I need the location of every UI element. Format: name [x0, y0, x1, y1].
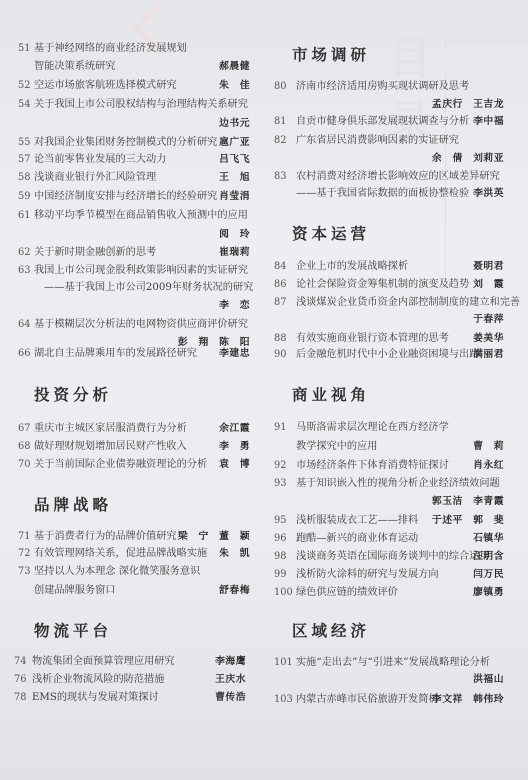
article-author: 朱 凯 — [219, 547, 250, 561]
article-author: 肖永红 — [473, 459, 504, 473]
article-title: 物流集团全面预算管理应用研究 — [32, 655, 175, 669]
article-title: 关于当前国际企业债券融资理论的分析 — [34, 458, 207, 472]
article-author: 李洪英 — [473, 187, 504, 201]
article-author: 崔瑞莉 — [219, 246, 250, 260]
toc-entry[interactable]: 61 移动平均季节模型在商品销售收入预测中的应用 阅 玲 — [18, 209, 250, 241]
toc-entry[interactable]: 54 关于我国上市公司股权结构与治理结构关系研究 边书元 — [18, 98, 250, 130]
article-author: 李建忠 — [219, 347, 250, 361]
article-author: 姜美华 — [473, 332, 504, 346]
article-author: 汪玥含 — [473, 550, 504, 564]
article-title: 湖北自主品牌乘用车的发展路径研究 — [34, 347, 197, 361]
article-author: 李 恋 — [219, 299, 250, 313]
article-author: 郝晨健 — [219, 60, 250, 74]
article-title: 基于模糊层次分析法的电网物资供应商评价研究 — [34, 318, 248, 332]
toc-page: 目 录 51 基于神经网络的商业经济发展规划 智能决策系统研究 郝晨健 52 空… — [0, 0, 528, 780]
article-title: 关于我国上市公司股权结构与治理结构关系研究 — [34, 98, 248, 112]
article-title: 移动平均季节模型在商品销售收入预测中的应用 — [34, 209, 248, 223]
article-author: 王 旭 — [219, 171, 250, 185]
article-title: 浅谈煤炭企业货币资金内部控制制度的建立和完善 — [296, 296, 520, 310]
article-title: 跑酷—新兴的商业体育运动 — [296, 532, 418, 546]
article-author: 闫万民 — [473, 568, 504, 582]
toc-entry[interactable]: 91 马斯洛需求层次理论在西方经济学 教学探究中的应用 曹 莉 — [274, 421, 504, 455]
article-title: 做好理财规划增加居民财产性收入 — [34, 440, 187, 454]
article-author: 王庆水 — [215, 673, 246, 687]
article-author: 阅 玲 — [219, 228, 250, 242]
article-author: 袁 博 — [219, 458, 250, 472]
article-author: 余 倩 刘莉亚 — [432, 152, 504, 166]
article-title: 空运市场旅客航班选择模式研究 — [34, 79, 177, 93]
section-heading-logistics: 物流平台 — [34, 619, 112, 641]
article-title: 浅析服装成衣工艺——排料 — [296, 514, 418, 528]
article-title: 基于消费者行为的品牌价值研究 — [34, 530, 177, 544]
section-heading-market-research: 市场调研 — [292, 43, 370, 65]
article-author: 洪福山 — [473, 673, 504, 687]
article-subtitle: ——基于我国上市公司2009年财务状况的研究 — [44, 281, 253, 295]
article-author: 于述平 郭 斐 — [432, 514, 504, 528]
article-author: 余江霞 — [219, 422, 250, 436]
article-title-line2: 智能决策系统研究 — [34, 60, 116, 74]
article-author: 李海鹰 — [215, 655, 246, 669]
toc-entry[interactable]: 63 我国上市公司现金股利政策影响因素的实证研究 ——基于我国上市公司2009年… — [18, 264, 250, 314]
article-title: 浅析企业物流风险的防范措施 — [32, 673, 164, 687]
section-heading-capital-operations: 资本运营 — [292, 222, 370, 244]
section-heading-regional-economy: 区域经济 — [292, 619, 370, 641]
article-title: 有效管理网络关系，促进品牌战略实施 — [34, 547, 207, 561]
article-author: 扈广亚 — [219, 136, 250, 150]
article-title: 基于神经网络的商业经济发展规划 — [34, 42, 187, 56]
toc-entry[interactable]: 73 坚持以人为本理念 深化微笑服务意识 创建品牌服务窗口 舒春梅 — [18, 565, 250, 599]
toc-entry[interactable]: 82 广东省居民消费影响因素的实证研究 余 倩 刘莉亚 — [274, 134, 504, 166]
article-author: 郭玉洁 李青霞 — [432, 495, 504, 509]
article-title: 广东省居民消费影响因素的实证研究 — [296, 134, 459, 148]
toc-entry[interactable]: 87 浅谈煤炭企业货币资金内部控制制度的建立和完善 于春萍 — [274, 296, 504, 328]
toc-entry[interactable]: 93 基于知识嵌入性的视角分析企业经济绩效问题 郭玉洁 李青霞 — [274, 477, 504, 509]
article-title: 马斯洛需求层次理论在西方经济学 — [296, 421, 449, 435]
article-author: 于春萍 — [473, 313, 504, 327]
article-author: 廖镇勇 — [473, 586, 504, 600]
section-heading-investment: 投资分析 — [34, 383, 112, 405]
article-author: 刘 霞 — [473, 278, 504, 292]
article-title: 农村消费对经济增长影响效应的区域差异研究 — [296, 170, 500, 184]
article-title: 我国上市公司现金股利政策影响因素的实证研究 — [34, 264, 248, 278]
article-author: 舒春梅 — [219, 584, 250, 598]
article-title: 内蒙古赤峰市民俗旅游开发简析 — [296, 693, 439, 707]
article-title: 论当前零售业发展的三大动力 — [34, 153, 166, 167]
article-author: 李中福 — [473, 115, 504, 129]
article-author: 曹传浩 — [215, 691, 246, 705]
toc-entry[interactable]: 64 基于模糊层次分析法的电网物资供应商评价研究 彭 翔 陈 阳 — [18, 318, 250, 350]
article-author: 边书元 — [219, 117, 250, 131]
section-heading-brand-strategy: 品牌战略 — [34, 493, 112, 515]
article-title: EMS的现状与发展对策探讨 — [32, 691, 159, 705]
article-author: 李文祥 韩伟玲 — [432, 693, 504, 707]
article-title: 企业上市的发展战略探析 — [296, 260, 408, 274]
toc-entry[interactable]: 51 基于神经网络的商业经济发展规划 智能决策系统研究 郝晨健 — [18, 42, 250, 70]
article-title: 济南市经济适用房购买现状调研及思考 — [296, 80, 469, 94]
section-heading-business-perspective: 商业视角 — [292, 383, 370, 405]
article-author: 聂明君 — [473, 260, 504, 274]
article-author: 李 勇 — [219, 440, 250, 454]
article-author: 吕飞飞 — [219, 153, 250, 167]
article-title: 论社会保险资金筹集机制的演变及趋势 — [296, 278, 469, 292]
article-title: 基于知识嵌入性的视角分析企业经济绩效问题 — [296, 477, 500, 491]
article-author: 石镇华 — [473, 532, 504, 546]
article-title: 绿色供应链的绩效评价 — [296, 586, 398, 600]
article-title-line2: 教学探究中的应用 — [296, 440, 378, 454]
toc-entry[interactable]: 52 空运市场旅客航班选择模式研究 朱 佳 — [18, 79, 250, 93]
article-title: 有效实施商业银行资本管理的思考 — [296, 332, 449, 346]
toc-entry[interactable]: 80 济南市经济适用房购买现状调研及思考 孟庆行 王吉龙 — [274, 80, 504, 112]
article-author: 满丽君 — [473, 348, 504, 362]
article-title: 市场经济条件下体育消费特征探讨 — [296, 459, 449, 473]
article-author: 肖莹涓 — [219, 190, 250, 204]
article-title: 浅谈商业银行外汇风险管理 — [34, 171, 156, 185]
article-title: 实施“走出去”与“引进来”发展战略理论分析 — [296, 656, 490, 670]
article-title: 自贡市健身俱乐部发展现状调查与分析 — [296, 115, 469, 129]
article-title: 后金融危机时代中小企业融资困境与出路 — [296, 348, 479, 362]
article-author: 孟庆行 王吉龙 — [432, 98, 504, 112]
article-title: 坚持以人为本理念 深化微笑服务意识 — [34, 565, 200, 579]
toc-entry[interactable]: 83 农村消费对经济增长影响效应的区域差异研究 ——基于我国省际数据的面板协整检… — [274, 170, 504, 202]
toc-entry[interactable]: 101 实施“走出去”与“引进来”发展战略理论分析 洪福山 — [274, 656, 504, 688]
article-author: 曹 莉 — [473, 440, 504, 454]
article-title: 对我国企业集团财务控制模式的分析研究 — [34, 136, 217, 150]
article-author: 梁 宁 董 颖 — [178, 530, 250, 544]
article-title: 重庆市主城区家居服消费行为分析 — [34, 422, 187, 436]
article-title: 关于新时期金融创新的思考 — [34, 246, 156, 260]
article-title: 浅谈商务英语在国际商务谈判中的综合运用 — [296, 550, 490, 564]
article-author: 朱 佳 — [219, 79, 250, 93]
article-subtitle: ——基于我国省际数据的面板协整检验 — [296, 187, 469, 201]
article-title-line2: 创建品牌服务窗口 — [34, 584, 116, 598]
article-title: 浅析防火涂料的研究与发展方向 — [296, 568, 439, 582]
article-title: 中国经济制度安排与经济增长的经验研究 — [34, 190, 217, 204]
